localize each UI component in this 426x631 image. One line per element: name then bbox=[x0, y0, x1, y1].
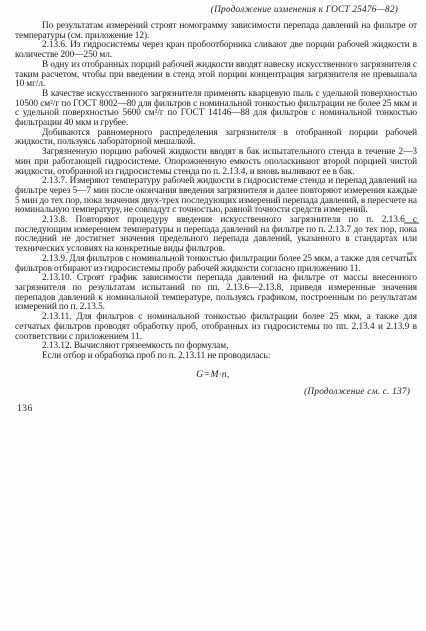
paragraph-contaminant-portion: В одну из отобранных порций рабочей жидк… bbox=[15, 61, 417, 90]
footer-continuation-note: (Продолжение см. с. 137) bbox=[0, 387, 410, 397]
paragraph-tank-fill: Загрязненную порцию рабочей жидкости вво… bbox=[15, 148, 417, 177]
paragraph-quartz-dust: В качестве искусственного загрязнителя п… bbox=[15, 90, 417, 129]
document-body: По результатам измерений строят номограм… bbox=[15, 22, 417, 362]
paragraph-condition: Если отбор и обработка проб по п. 2.13.1… bbox=[15, 352, 417, 362]
paragraph-2-13-9: 2.13.9. Для фильтров с номинальной тонко… bbox=[15, 255, 417, 274]
paragraph-intro: По результатам измерений строят номограм… bbox=[15, 22, 417, 41]
paragraph-2-13-7: 2.13.7. Измеряют температуру рабочей жид… bbox=[15, 177, 417, 216]
scan-artifact-dash bbox=[404, 222, 419, 224]
paragraph-mixing: Добиваются равномерного распределения за… bbox=[15, 129, 417, 148]
scan-artifact-speck bbox=[407, 252, 413, 255]
paragraph-2-13-11: 2.13.11. Для фильтров с номинальной тонк… bbox=[15, 313, 417, 342]
header-continuation-note: (Продолжение изменения к ГОСТ 25476—82) bbox=[0, 0, 398, 15]
paragraph-2-13-8: 2.13.8. Повторяют процедуру введения иск… bbox=[15, 216, 417, 255]
document-page: (Продолжение изменения к ГОСТ 25476—82) … bbox=[0, 0, 426, 631]
paragraph-2-13-6: 2.13.6. Из гидросистемы через кран пробо… bbox=[15, 41, 417, 60]
formula-g-equals-mn: G=M·n, bbox=[0, 369, 426, 380]
page-number: 136 bbox=[17, 403, 426, 414]
paragraph-2-13-10: 2.13.10. Строят график зависимости переп… bbox=[15, 274, 417, 313]
